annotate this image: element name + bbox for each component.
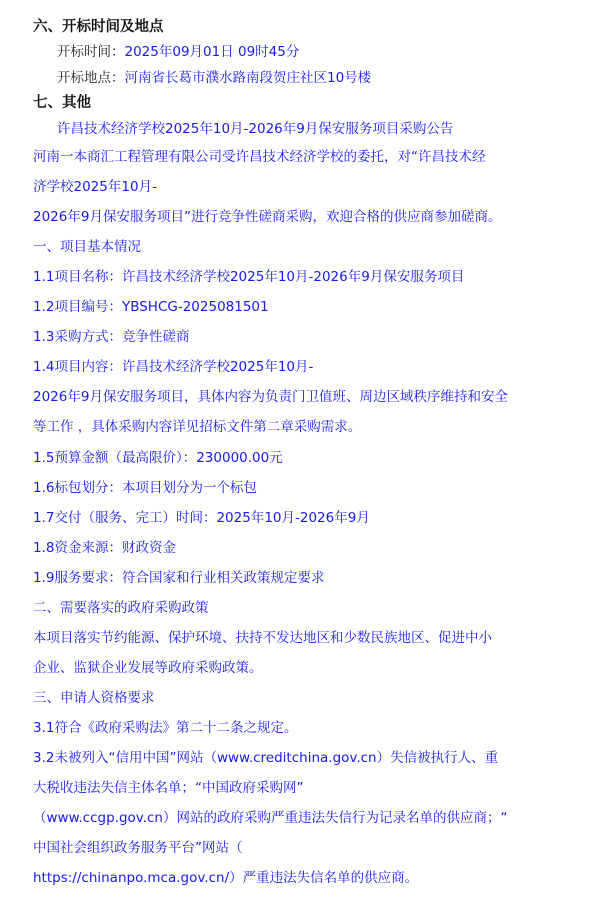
qualification-line: 3.1符合《政府采购法》第二十二条之规定。 (33, 719, 297, 737)
notice-title: 许昌技术经济学校2025年10月-2026年9月保安服务项目采购公告 (57, 120, 453, 138)
part3-heading: 三、申请人资格要求 (33, 689, 155, 707)
qualification-line: 3.2未被列入“信用中国”网站（www.creditchina.gov.cn）失… (33, 749, 498, 767)
part2-heading: 二、需要落实的政府采购政策 (33, 599, 209, 617)
project-item: 1.1项目名称：许昌技术经济学校2025年10月-2026年9月保安服务项目 (33, 268, 464, 286)
project-item: 1.7交付（服务、完工）时间：2025年10月-2026年9月 (33, 509, 370, 527)
qualification-line: 中国社会组织政务服务平台”网站（ (33, 839, 243, 857)
bid-opening-time-row: 开标时间：2025年09月01日 09时45分 (57, 43, 299, 61)
project-item: 1.2项目编号：YBSHCG-2025081501 (33, 298, 269, 316)
section-heading-bid-opening: 六、开标时间及地点 (33, 18, 164, 36)
intro-line: 2026年9月保安服务项目”进行竞争性磋商采购，欢迎合格的供应商参加磋商。 (33, 208, 501, 226)
section-heading-other: 七、其他 (33, 94, 91, 112)
project-item: 1.3采购方式：竞争性磋商 (33, 328, 189, 346)
project-item: 等工作 ，具体采购内容详见招标文件第二章采购需求。 (33, 418, 361, 436)
project-item: 2026年9月保安服务项目，具体内容为负责门卫值班、周边区域秩序维持和安全 (33, 388, 508, 406)
intro-line: 河南一本商汇工程管理有限公司受许昌技术经济学校的委托，对“许昌技术经 (33, 148, 486, 166)
intro-line: 济学校2025年10月- (33, 178, 157, 196)
project-item: 1.4项目内容：许昌技术经济学校2025年10月- (33, 358, 313, 376)
policy-line: 企业、监狱企业发展等政府采购政策。 (33, 659, 263, 677)
bid-opening-place-row: 开标地点：河南省长葛市濮水路南段贺庄社区10号楼 (57, 69, 371, 87)
qualification-line: 大税收违法失信主体名单；“中国政府采购网” (33, 779, 304, 797)
project-item: 1.5预算金额（最高限价）：230000.00元 (33, 449, 283, 467)
qualification-line: （www.ccgp.gov.cn）网站的政府采购严重违法失信行为记录名单的供应商… (33, 809, 507, 827)
part1-heading: 一、项目基本情况 (33, 238, 141, 256)
project-item: 1.6标包划分：本项目划分为一个标包 (33, 479, 257, 497)
bid-opening-place-label: 开标地点： (57, 70, 125, 86)
bid-opening-time-value: 2025年09月01日 09时45分 (125, 44, 300, 60)
project-item: 1.9服务要求：符合国家和行业相关政策规定要求 (33, 569, 324, 587)
qualification-line: https://chinanpo.mca.gov.cn/）严重违法失信名单的供应… (33, 869, 418, 887)
project-item: 1.8资金来源：财政资金 (33, 539, 176, 557)
policy-line: 本项目落实节约能源、保护环境、扶持不发达地区和少数民族地区、促进中小 (33, 629, 492, 647)
bid-opening-time-label: 开标时间： (57, 44, 125, 60)
bid-opening-place-value: 河南省长葛市濮水路南段贺庄社区10号楼 (125, 70, 372, 86)
